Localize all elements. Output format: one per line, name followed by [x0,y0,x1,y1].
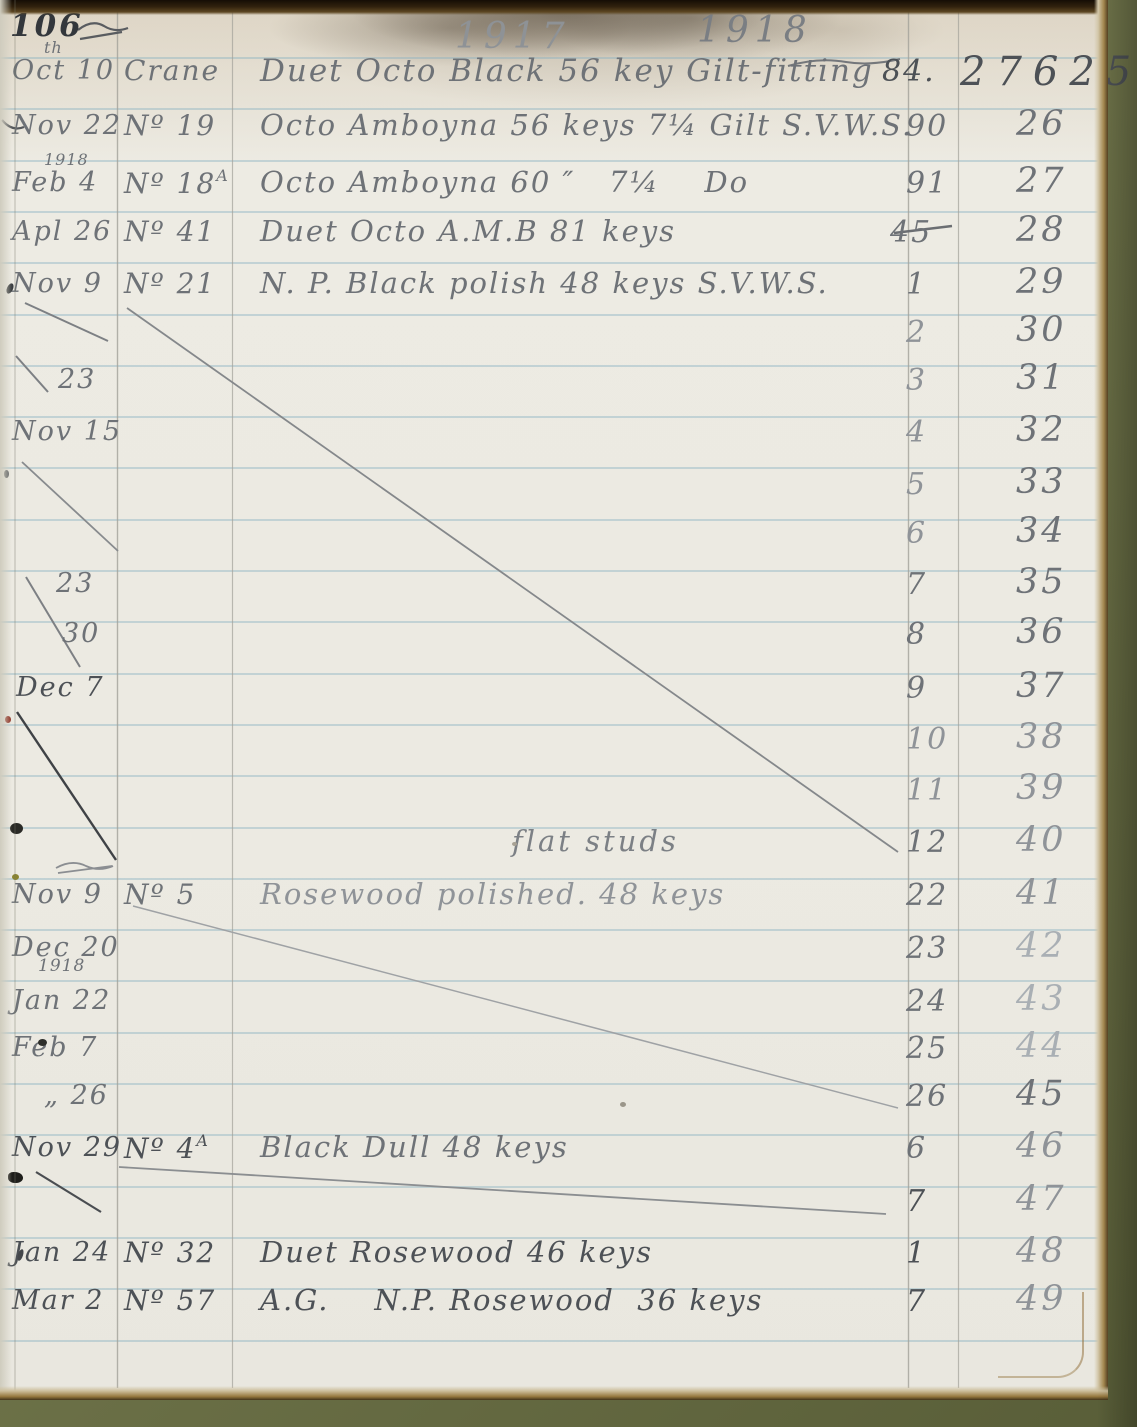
entry-serial-number: 48 [1016,1231,1067,1271]
model-no-superscript: A [196,1131,208,1150]
photograph-of-ledger: 106 1917 1918 Oct 10thCraneDuet Octo Bla… [0,0,1137,1427]
entry-serial-number: 38 [1016,717,1067,757]
entry-date: Nov 22 [12,110,122,141]
entry-date: Jan 24 [12,1237,111,1268]
entry-case-number: 24 [906,984,948,1019]
entry-description: Black Dull 48 keys [260,1130,569,1164]
entry-serial-number: 32 [1016,410,1067,450]
entry-model-no: Nº 57 [124,1284,216,1317]
entry-date: Nov 9 [12,879,103,910]
entry-case-number: 84. [882,54,936,89]
entry-serial-number: 33 [1016,462,1067,502]
entry-case-number: 26 [906,1079,948,1114]
entry-date: 23 [56,568,94,599]
entry-model-no: Nº 41 [124,215,216,248]
entry-serial-number: 27 [1016,161,1067,201]
entry-serial-number: 30 [1016,310,1067,350]
entry-description: Duet Octo A.M.B 81 keys [260,214,676,248]
binding-crease [14,0,16,1400]
entry-description: Duet Octo Black 56 key Gilt-fitting [260,53,874,89]
entry-serial-number: 37 [1016,666,1067,706]
entry-date: Mar 2 [12,1285,104,1316]
entry-case-number: 25 [906,1031,948,1066]
entry-date: „ 26 [44,1080,109,1111]
entry-date: Feb 7 [12,1032,98,1063]
entry-case-number: 7 [906,1284,927,1319]
model-no-superscript: A [216,166,228,185]
entry-case-number: 90 [906,109,948,144]
entry-date: 23 [58,364,96,395]
entry-serial-number: 45 [1016,1074,1067,1114]
entry-serial-number: 26 [1016,104,1067,144]
entry-model-no: Nº 21 [124,267,216,300]
entry-serial-number: 41 [1016,873,1067,913]
entry-case-number: 3 [906,363,927,398]
page-corner-curve [998,1292,1084,1378]
entry-model-no: Nº 5 [124,878,196,911]
entry-description: Octo Amboyna 60 ″ 7¼ Do [260,165,749,199]
page-bottom-edge [0,1386,1108,1400]
entry-model-no: Crane [124,54,220,87]
ledger-rows: Oct 10thCraneDuet Octo Black 56 key Gilt… [0,0,1108,1400]
date-year-subscript: 1918 [38,956,85,976]
book-top-edge [0,0,1108,15]
entry-date: 30 [62,618,100,649]
entry-description: Duet Rosewood 46 keys [260,1235,653,1269]
entry-serial-number: 46 [1016,1126,1067,1166]
entry-date: Nov 29 [12,1132,122,1163]
entry-serial-number: 27625 [960,49,1137,95]
entry-case-number: 5 [906,467,927,502]
entry-case-number: 7 [906,567,927,602]
entry-case-number: 11 [906,773,948,808]
entry-case-number: 2 [906,315,927,350]
entry-case-number: 23 [906,931,948,966]
ledger-page: 106 1917 1918 Oct 10thCraneDuet Octo Bla… [0,0,1108,1400]
entry-model-no: Nº 18A [124,166,228,200]
entry-case-number: 45 [890,215,932,250]
entry-date: Nov 9 [12,268,103,299]
entry-serial-number: 36 [1016,612,1067,652]
date-year-superscript: 1918 [44,150,89,169]
entry-description: A.G. N.P. Rosewood 36 keys [260,1283,763,1317]
entry-case-number: 7 [906,1184,927,1219]
entry-serial-number: 35 [1016,562,1067,602]
entry-date: Nov 15 [12,416,122,447]
entry-serial-number: 39 [1016,768,1067,808]
page-right-edge [1094,0,1108,1400]
entry-date: Feb 41918 [12,167,98,198]
entry-case-number: 91 [906,166,948,201]
entry-case-number: 12 [906,825,948,860]
entry-date: Dec 201918 [12,932,120,963]
entry-case-number: 1 [906,267,927,302]
date-year-superscript: th [44,38,63,57]
entry-case-number: 4 [906,415,927,450]
entry-serial-number: 42 [1016,926,1067,966]
entry-date: Oct 10th [12,55,115,86]
entry-case-number: 6 [906,516,927,551]
entry-description: Octo Amboyna 56 keys 7¼ Gilt S.V.W.S. [260,108,913,142]
entry-serial-number: 31 [1016,358,1067,398]
entry-case-number: 22 [906,878,948,913]
entry-serial-number: 29 [1016,262,1067,302]
entry-serial-number: 44 [1016,1026,1067,1066]
entry-date: Dec 7 [16,672,105,703]
ink-speck [38,1039,47,1046]
entry-description: Rosewood polished. 48 keys [260,877,725,911]
paper-blemish [620,1102,626,1107]
flat-studs-note: flat studs [512,824,679,858]
entry-serial-number: 47 [1016,1179,1067,1219]
entry-serial-number: 34 [1016,511,1067,551]
page-left-edge [0,0,12,1400]
entry-case-number: 6 [906,1131,927,1166]
entry-description: N. P. Black polish 48 keys S.V.W.S. [260,266,829,300]
entry-serial-number: 28 [1016,210,1067,250]
entry-serial-number: 43 [1016,979,1067,1019]
entry-case-number: 10 [906,722,948,757]
entry-date: Apl 26 [12,216,112,247]
paper-blemish [512,842,517,846]
entry-model-no: Nº 19 [124,109,216,142]
entry-case-number: 9 [906,671,927,706]
entry-serial-number: 40 [1016,820,1067,860]
entry-case-number: 1 [906,1236,927,1271]
entry-date: Jan 22 [12,985,111,1016]
entry-case-number: 8 [906,617,927,652]
entry-model-no: Nº 32 [124,1236,216,1269]
entry-model-no: Nº 4A [124,1131,208,1165]
